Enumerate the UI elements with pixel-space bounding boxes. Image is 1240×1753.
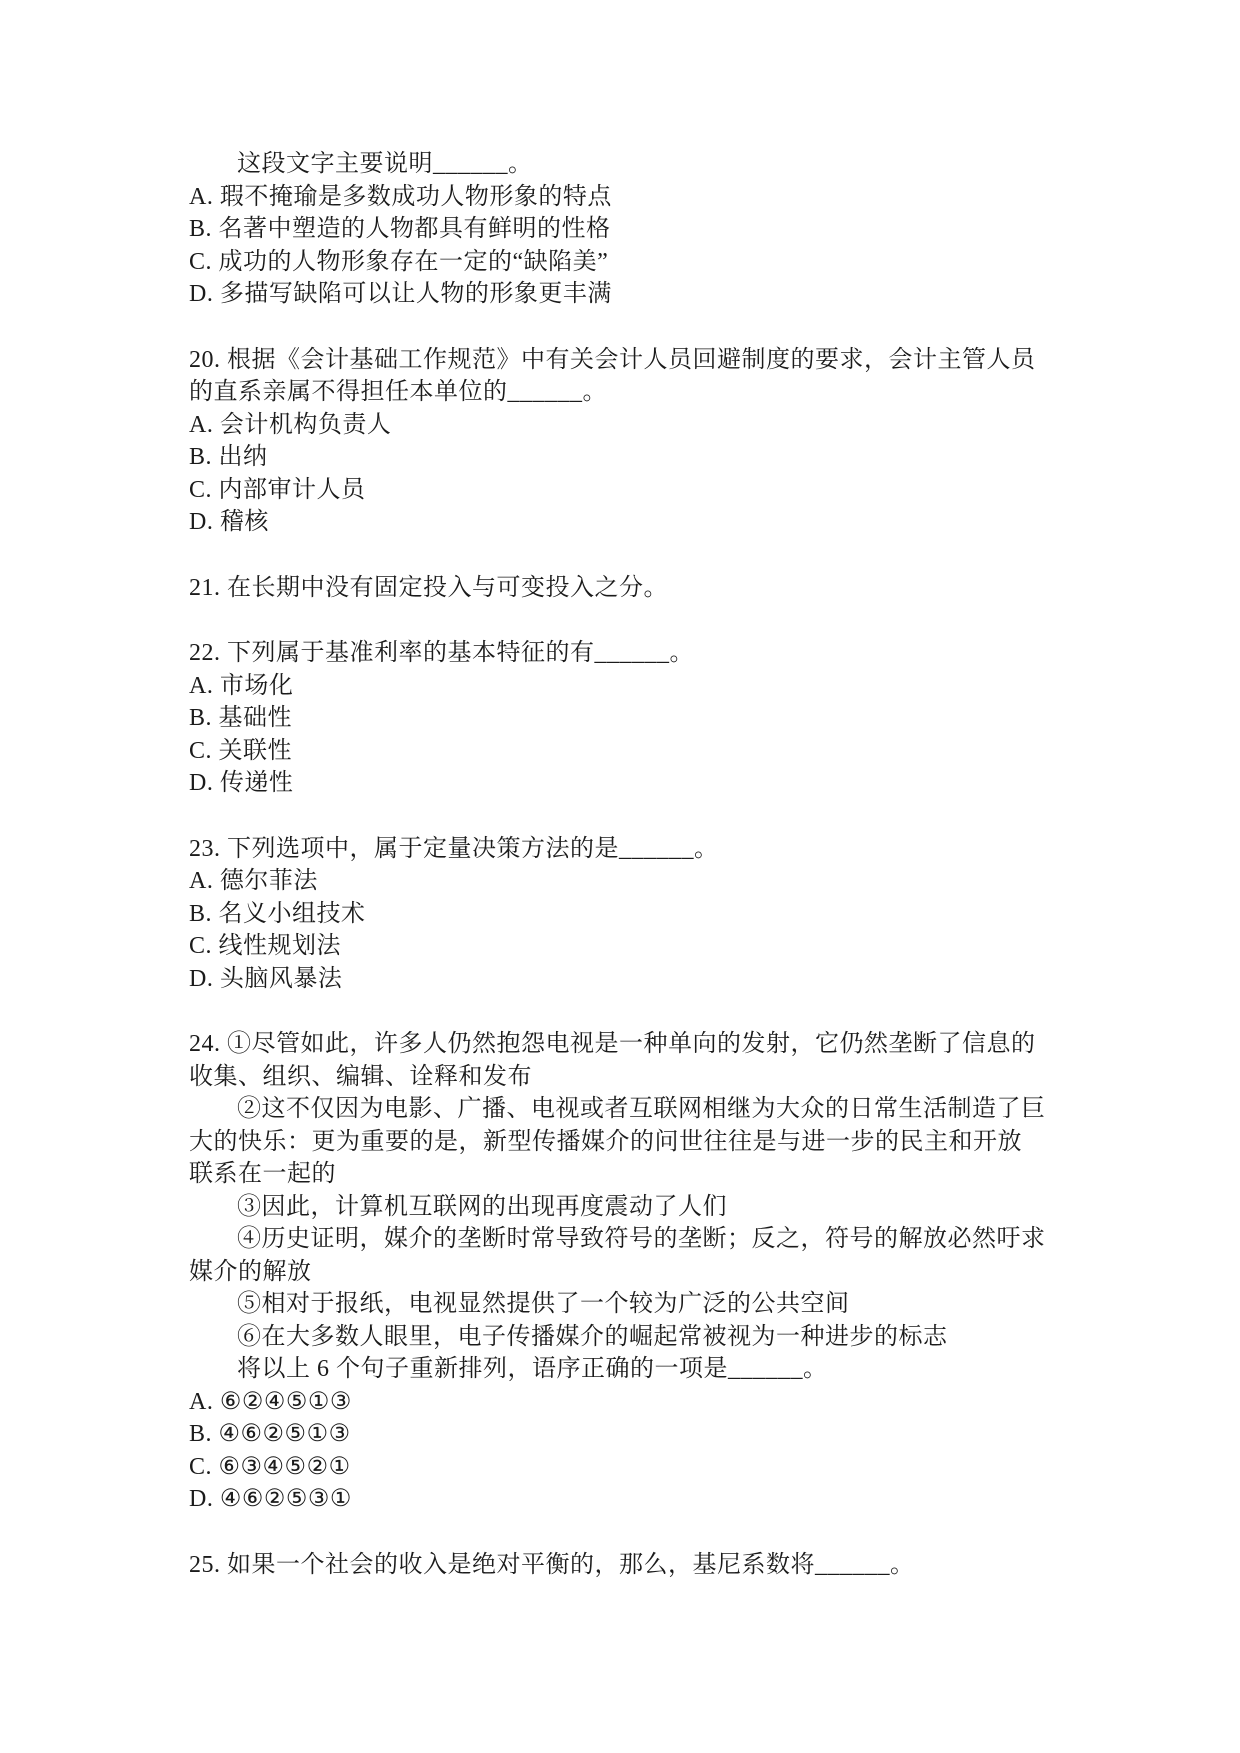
question-22-block: 22. 下列属于基准利率的基本特征的有______。 A. 市场化 B. 基础性…: [189, 637, 1081, 800]
question-23-option-b: B. 名义小组技术: [189, 898, 1081, 931]
question-24-sentence-1-line-1: 24. ①尽管如此，许多人仍然抱怨电视是一种单向的发射，它仍然垄断了信息的: [189, 1028, 1081, 1061]
question-24-sentence-2-line-3: 联系在一起的: [189, 1158, 1081, 1191]
question-21-stem: 21. 在长期中没有固定投入与可变投入之分。: [189, 572, 1081, 605]
question-24-option-a: A. ⑥②④⑤①③: [189, 1386, 1081, 1419]
question-24-sentence-6: ⑥在大多数人眼里，电子传播媒介的崛起常被视为一种进步的标志: [189, 1321, 1081, 1354]
question-19-tail-block: 这段文字主要说明______。 A. 瑕不掩瑜是多数成功人物形象的特点 B. 名…: [189, 148, 1081, 311]
question-25-block: 25. 如果一个社会的收入是绝对平衡的，那么，基尼系数将______。: [189, 1549, 1081, 1582]
question-24-option-c: C. ⑥③④⑤②①: [189, 1451, 1081, 1484]
question-22-option-c: C. 关联性: [189, 735, 1081, 768]
question-19-option-d: D. 多描写缺陷可以让人物的形象更丰满: [189, 278, 1081, 311]
question-24-sentence-1-line-2: 收集、组织、编辑、诠释和发布: [189, 1061, 1081, 1094]
question-24-instruction: 将以上 6 个句子重新排列，语序正确的一项是______。: [189, 1353, 1081, 1386]
question-22-stem: 22. 下列属于基准利率的基本特征的有______。: [189, 637, 1081, 670]
question-20-option-c: C. 内部审计人员: [189, 474, 1081, 507]
question-19-option-b: B. 名著中塑造的人物都具有鲜明的性格: [189, 213, 1081, 246]
question-24-sentence-3: ③因此，计算机互联网的出现再度震动了人们: [189, 1191, 1081, 1224]
question-22-option-b: B. 基础性: [189, 702, 1081, 735]
question-24-option-b: B. ④⑥②⑤①③: [189, 1418, 1081, 1451]
question-22-option-a: A. 市场化: [189, 670, 1081, 703]
question-24-sentence-4-line-1: ④历史证明，媒介的垄断时常导致符号的垄断；反之，符号的解放必然吁求: [189, 1223, 1081, 1256]
question-24-option-d: D. ④⑥②⑤③①: [189, 1483, 1081, 1516]
question-23-block: 23. 下列选项中，属于定量决策方法的是______。 A. 德尔菲法 B. 名…: [189, 833, 1081, 996]
question-20-option-d: D. 稽核: [189, 506, 1081, 539]
question-23-option-d: D. 头脑风暴法: [189, 963, 1081, 996]
exam-page: 这段文字主要说明______。 A. 瑕不掩瑜是多数成功人物形象的特点 B. 名…: [189, 148, 1081, 1581]
question-24-sentence-5: ⑤相对于报纸，电视显然提供了一个较为广泛的公共空间: [189, 1288, 1081, 1321]
question-20-stem-line-2: 的直系亲属不得担任本单位的______。: [189, 376, 1081, 409]
question-22-option-d: D. 传递性: [189, 767, 1081, 800]
question-21-block: 21. 在长期中没有固定投入与可变投入之分。: [189, 572, 1081, 605]
question-20-block: 20. 根据《会计基础工作规范》中有关会计人员回避制度的要求，会计主管人员 的直…: [189, 344, 1081, 539]
question-23-stem: 23. 下列选项中，属于定量决策方法的是______。: [189, 833, 1081, 866]
question-24-sentence-4-line-2: 媒介的解放: [189, 1256, 1081, 1289]
question-20-option-b: B. 出纳: [189, 441, 1081, 474]
question-19-option-a: A. 瑕不掩瑜是多数成功人物形象的特点: [189, 181, 1081, 214]
question-24-block: 24. ①尽管如此，许多人仍然抱怨电视是一种单向的发射，它仍然垄断了信息的 收集…: [189, 1028, 1081, 1516]
question-23-option-a: A. 德尔菲法: [189, 865, 1081, 898]
question-24-sentence-2-line-2: 大的快乐：更为重要的是，新型传播媒介的问世往往是与进一步的民主和开放: [189, 1126, 1081, 1159]
question-20-option-a: A. 会计机构负责人: [189, 409, 1081, 442]
question-20-stem-line-1: 20. 根据《会计基础工作规范》中有关会计人员回避制度的要求，会计主管人员: [189, 344, 1081, 377]
question-24-sentence-2-line-1: ②这不仅因为电影、广播、电视或者互联网相继为大众的日常生活制造了巨: [189, 1093, 1081, 1126]
question-23-option-c: C. 线性规划法: [189, 930, 1081, 963]
question-19-option-c: C. 成功的人物形象存在一定的“缺陷美”: [189, 246, 1081, 279]
question-25-stem: 25. 如果一个社会的收入是绝对平衡的，那么，基尼系数将______。: [189, 1549, 1081, 1582]
question-19-stem-line: 这段文字主要说明______。: [189, 148, 1081, 181]
